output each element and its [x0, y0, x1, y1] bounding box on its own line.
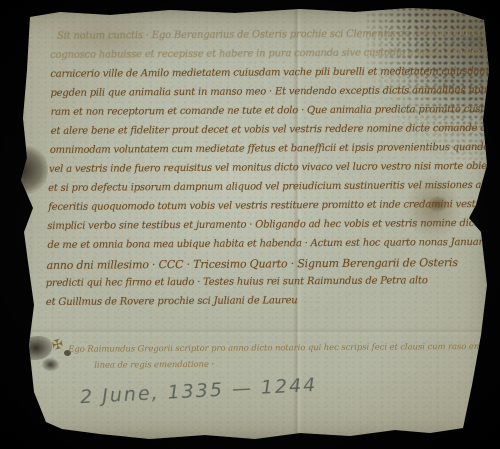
manuscript-line: cognosco habuisse et recepisse et habere…	[50, 48, 500, 61]
notary-subscription-line: linea de regis emendatione ·	[94, 361, 214, 370]
manuscript-line: predicti qui hec firmo et laudo · Testes…	[46, 276, 428, 289]
manuscript-line: et alere bene et fideliter prout decet e…	[51, 124, 500, 137]
notary-subscription-line: Ego Raimundus Gregorii scriptor pro anno…	[68, 343, 500, 355]
manuscript-line: simplici verbo sine testibus et jurament…	[47, 219, 500, 232]
manuscript-line: omnimodam voluntatem cum medietate ffetu…	[50, 142, 500, 156]
manuscript-line-dating-clause: anno dni millesimo · CCC · Tricesimo Qua…	[47, 257, 458, 271]
manuscript-line: pegden pili que animalia sunt in manso m…	[50, 86, 500, 99]
manuscript-line: feceritis quoquomodo totum vobis vel ves…	[48, 200, 500, 213]
parchment-sheet: Sit notum cunctis · Ego Berengarius de O…	[0, 0, 500, 449]
manuscript-line: ram et non receptorum et comande ne tute…	[51, 105, 500, 118]
manuscript-line: et Guillmus de Rovere prochie sci Julian…	[46, 296, 298, 308]
manuscript-line: de me et omnia bona mea ubique habita et…	[47, 238, 489, 251]
manuscript-photo: Sit notum cunctis · Ego Berengarius de O…	[0, 0, 500, 449]
manuscript-line: vel a vestris inde fuero requisitus vel …	[49, 162, 500, 175]
manuscript-line: Sit notum cunctis · Ego Berengarius de O…	[57, 29, 500, 42]
manuscript-line: carnicerio ville de Amilo medietatem cui…	[50, 67, 500, 80]
notarial-sign-icon: ✠	[51, 337, 65, 354]
manuscript-line: et si pro defectu ipsorum dampnum aliquo…	[48, 181, 500, 194]
